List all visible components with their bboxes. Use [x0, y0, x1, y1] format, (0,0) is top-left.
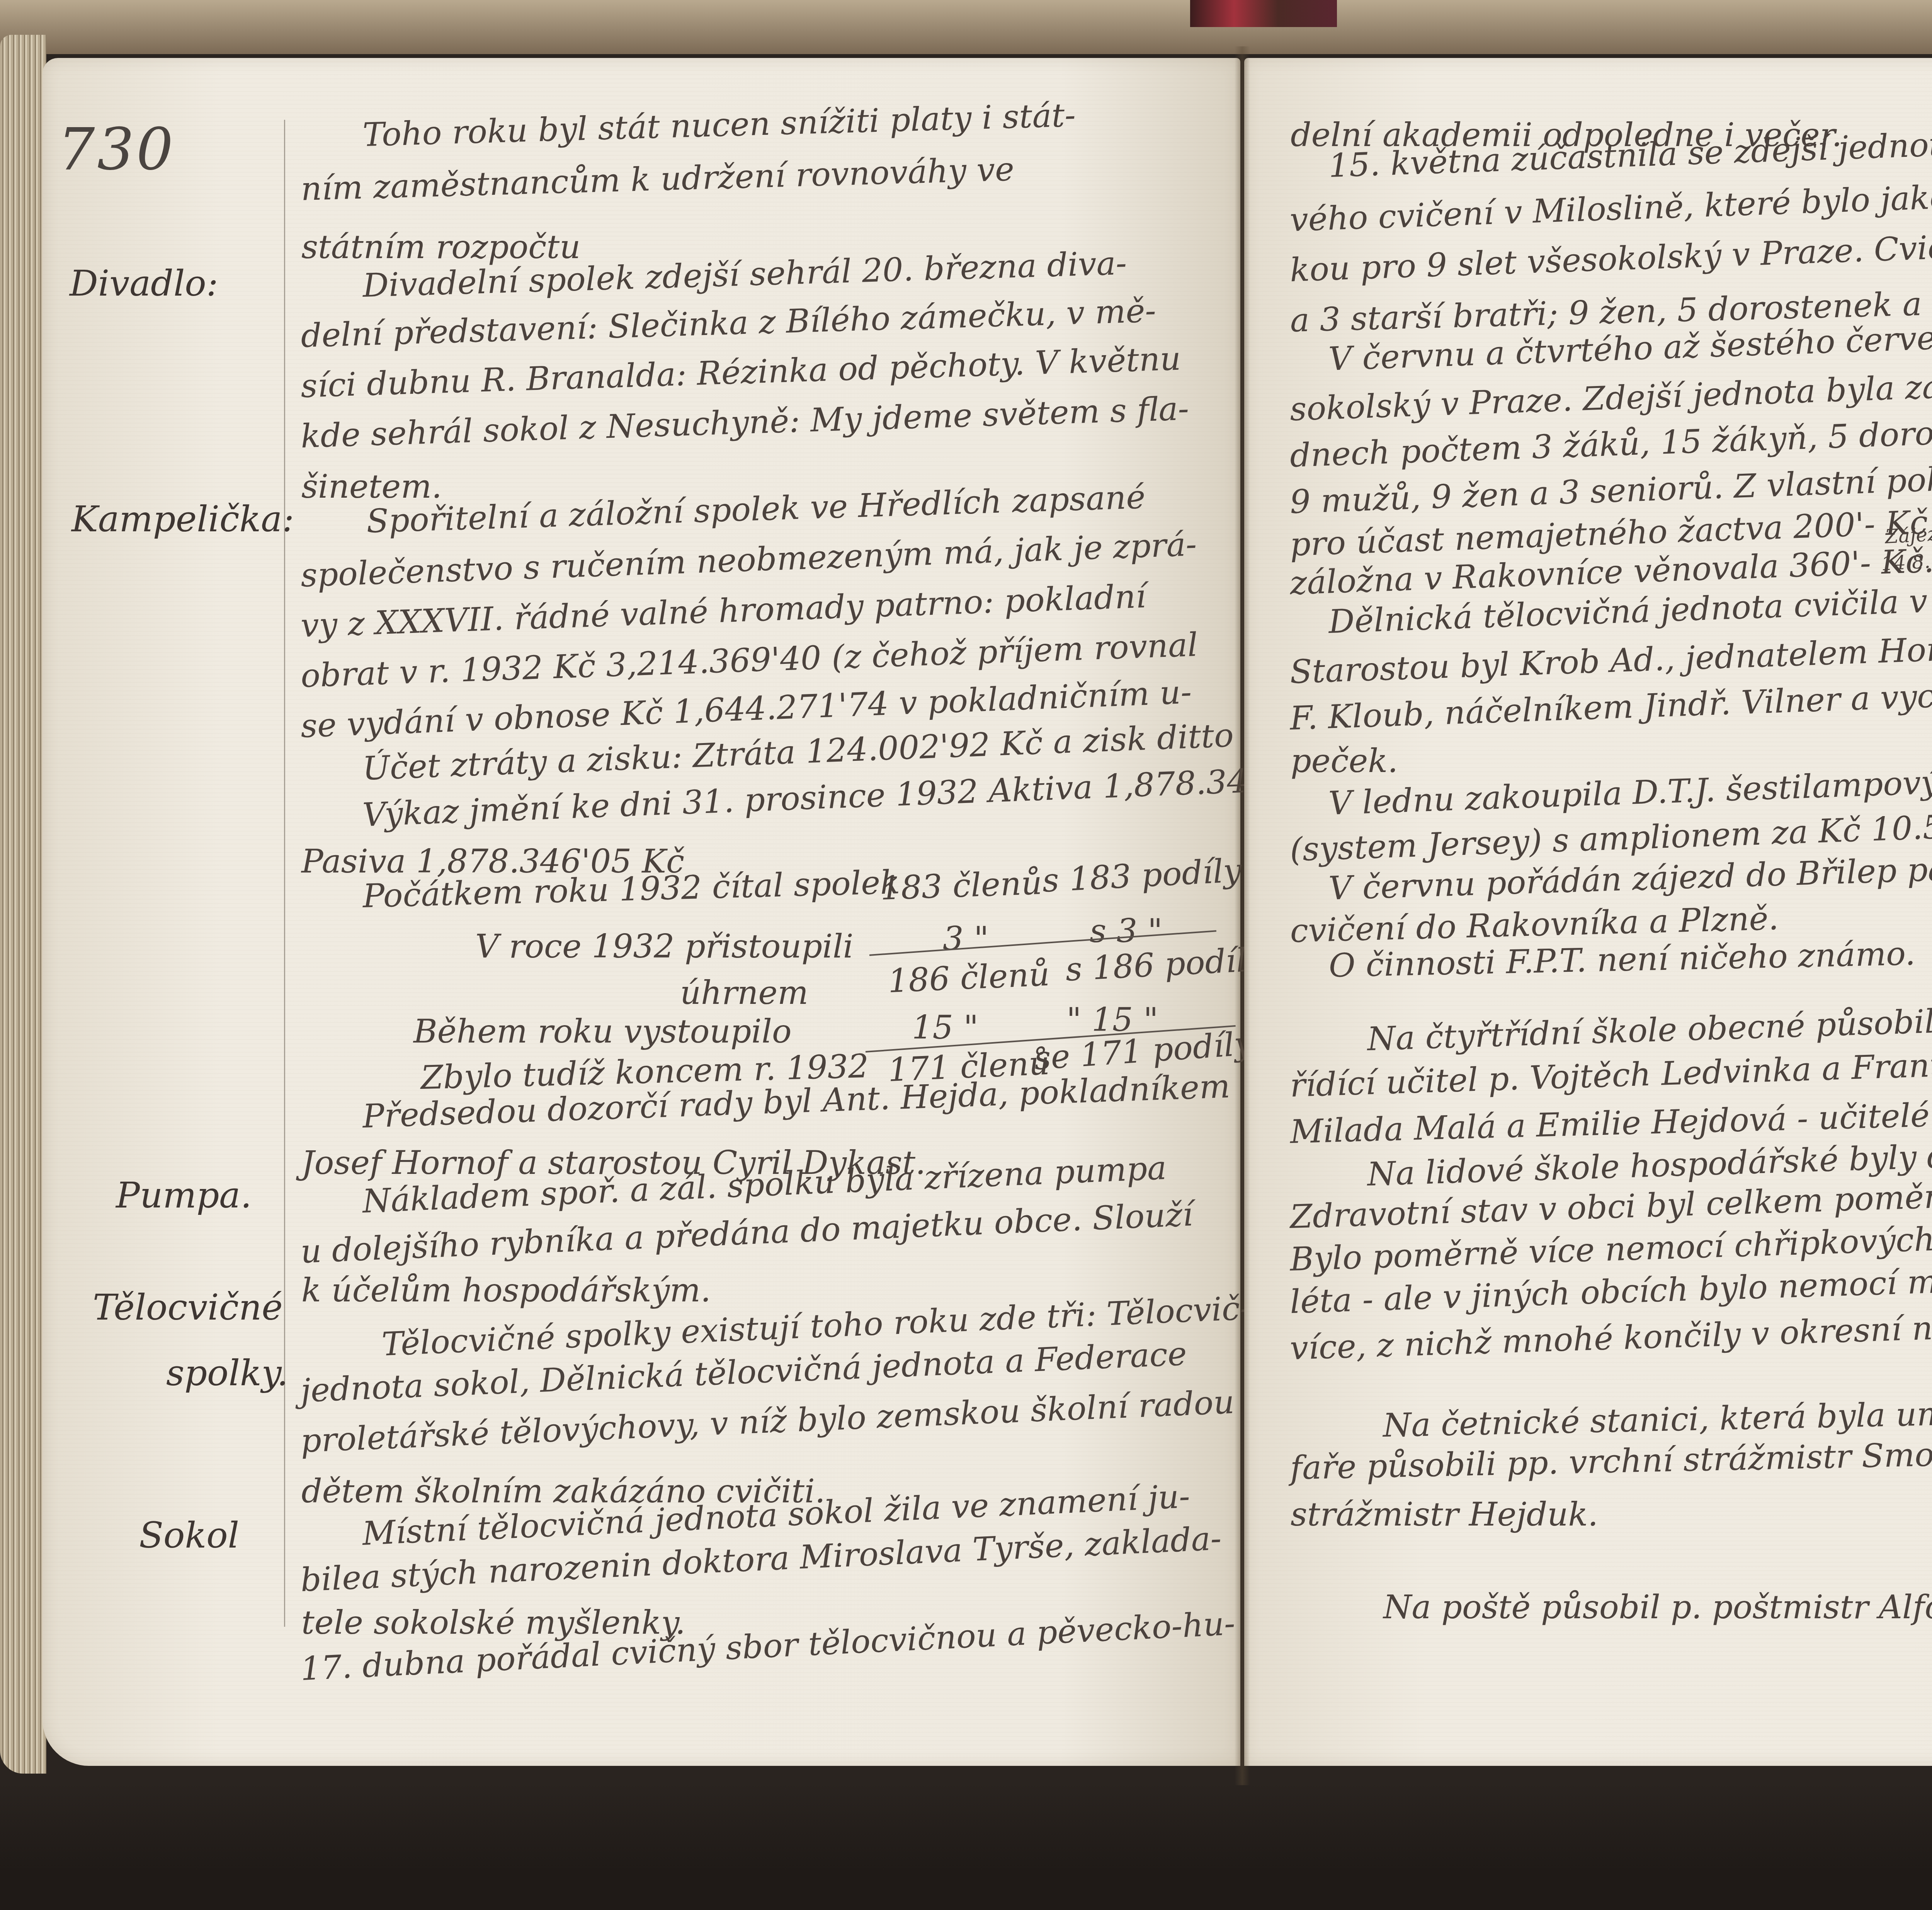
text-line: strážmistr Hejduk.	[1291, 1495, 1598, 1533]
background-bottom	[0, 1782, 1932, 1910]
table-members: 186 členů	[887, 955, 1051, 1000]
text-line: k účelům hospodářským.	[301, 1271, 711, 1309]
left-margin-rule	[284, 120, 285, 1627]
margin-note-telocvicne: Tělocvičné	[93, 1287, 283, 1328]
table-label: V roce 1932 přistoupili	[475, 927, 854, 965]
margin-note-spolky: spolky.	[166, 1352, 288, 1394]
text-line: státním rozpočtu	[301, 228, 580, 266]
margin-note-pumpa: Pumpa.	[116, 1175, 252, 1216]
text-line: peček.	[1291, 742, 1398, 780]
background-top	[0, 0, 1932, 54]
table-label: úhrnem	[680, 974, 808, 1012]
margin-note-sokol: Sokol	[139, 1515, 239, 1556]
book-gutter	[1235, 46, 1250, 1785]
book-page-edges-left	[0, 35, 46, 1774]
bookmark-ribbon	[1190, 0, 1337, 27]
table-shares: s 3 "	[1090, 912, 1163, 950]
table-label: Během roku vystoupilo	[413, 1012, 792, 1050]
table-members: 15 "	[912, 1009, 978, 1046]
table-members: 3 "	[943, 920, 989, 958]
text-line: šinetem.	[301, 468, 442, 505]
text-line: Na poště působil p. poštmistr Alfons Bar…	[1383, 1588, 1932, 1626]
page-number-left: 730	[58, 116, 175, 183]
table-members: 183 členů	[880, 864, 1043, 907]
margin-note-divadlo: Divadlo:	[70, 263, 218, 304]
margin-note-kampelicka: Kampelička:	[71, 498, 294, 540]
